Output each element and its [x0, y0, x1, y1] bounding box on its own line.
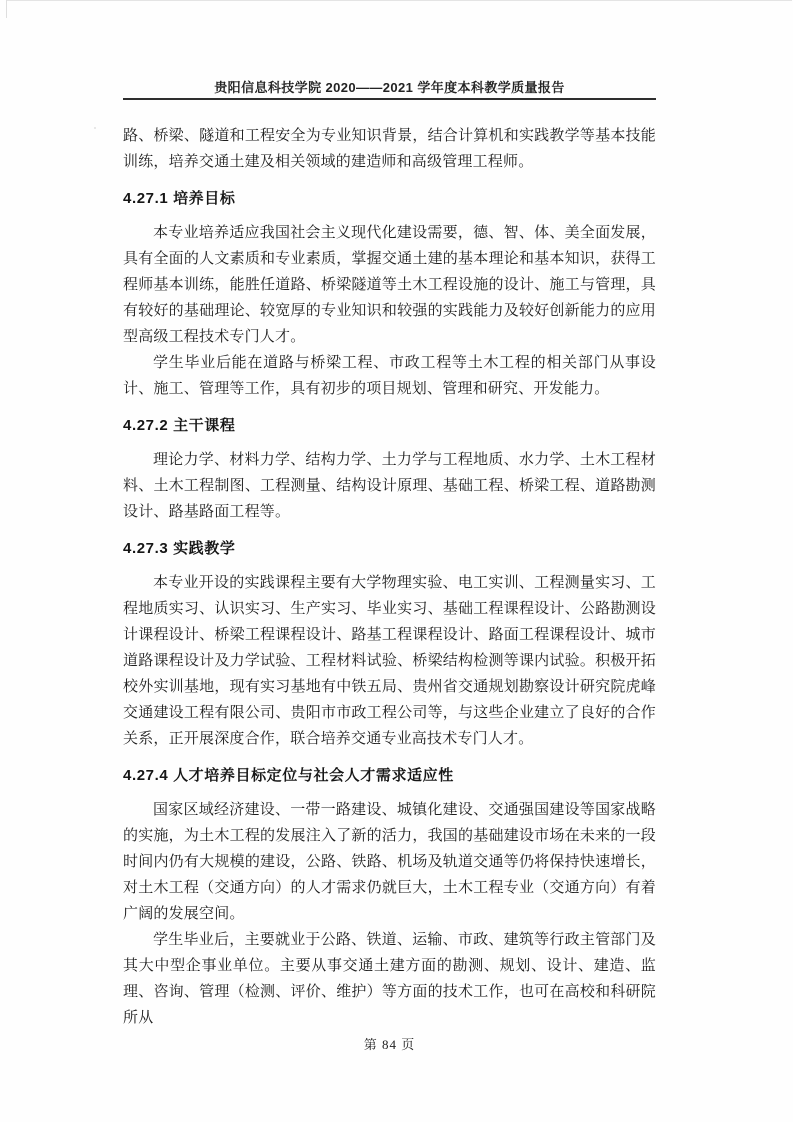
page-footer: 第 84 页 [123, 1034, 656, 1054]
page-number: 第 84 页 [364, 1037, 416, 1052]
section-4-27-4-paragraph-1: 国家区域经济建设、一带一路建设、城镇化建设、交通强国建设等国家战略的实施，为土木… [123, 797, 656, 927]
running-header-title: 贵阳信息科技学院 2020——2021 学年度本科教学质量报告 [123, 80, 656, 95]
page-content: 路、桥梁、隧道和工程安全为专业知识背景，结合计算机和实践教学等基本技能训练，培养… [123, 110, 656, 1031]
section-heading-4-27-3: 4.27.3 实践教学 [123, 539, 656, 559]
scan-speck-artifact [94, 127, 96, 129]
section-4-27-3-paragraph-1: 本专业开设的实践课程主要有大学物理实验、电工实训、工程测量实习、工程地质实习、认… [123, 570, 656, 752]
scan-edge-artifact [6, 0, 7, 18]
section-4-27-1-paragraph-2: 学生毕业后能在道路与桥梁工程、市政工程等土木工程的相关部门从事设计、施工、管理等… [123, 350, 656, 402]
section-4-27-1-paragraph-1: 本专业培养适应我国社会主义现代化建设需要，德、智、体、美全面发展，具有全面的人文… [123, 220, 656, 350]
page-header: 贵阳信息科技学院 2020——2021 学年度本科教学质量报告 [123, 80, 656, 100]
section-4-27-2-paragraph-1: 理论力学、材料力学、结构力学、土力学与工程地质、水力学、土木工程材料、土木工程制… [123, 447, 656, 525]
section-heading-4-27-1: 4.27.1 培养目标 [123, 189, 656, 209]
section-heading-4-27-2: 4.27.2 主干课程 [123, 416, 656, 436]
section-4-27-4-paragraph-2: 学生毕业后，主要就业于公路、铁道、运输、市政、建筑等行政主管部门及其大中型企事业… [123, 927, 656, 1031]
scan-edge-artifact [6, 0, 792, 1]
document-page: 贵阳信息科技学院 2020——2021 学年度本科教学质量报告 路、桥梁、隧道和… [0, 0, 793, 1122]
intro-continuation-paragraph: 路、桥梁、隧道和工程安全为专业知识背景，结合计算机和实践教学等基本技能训练，培养… [123, 123, 656, 175]
section-heading-4-27-4: 4.27.4 人才培养目标定位与社会人才需求适应性 [123, 766, 656, 786]
